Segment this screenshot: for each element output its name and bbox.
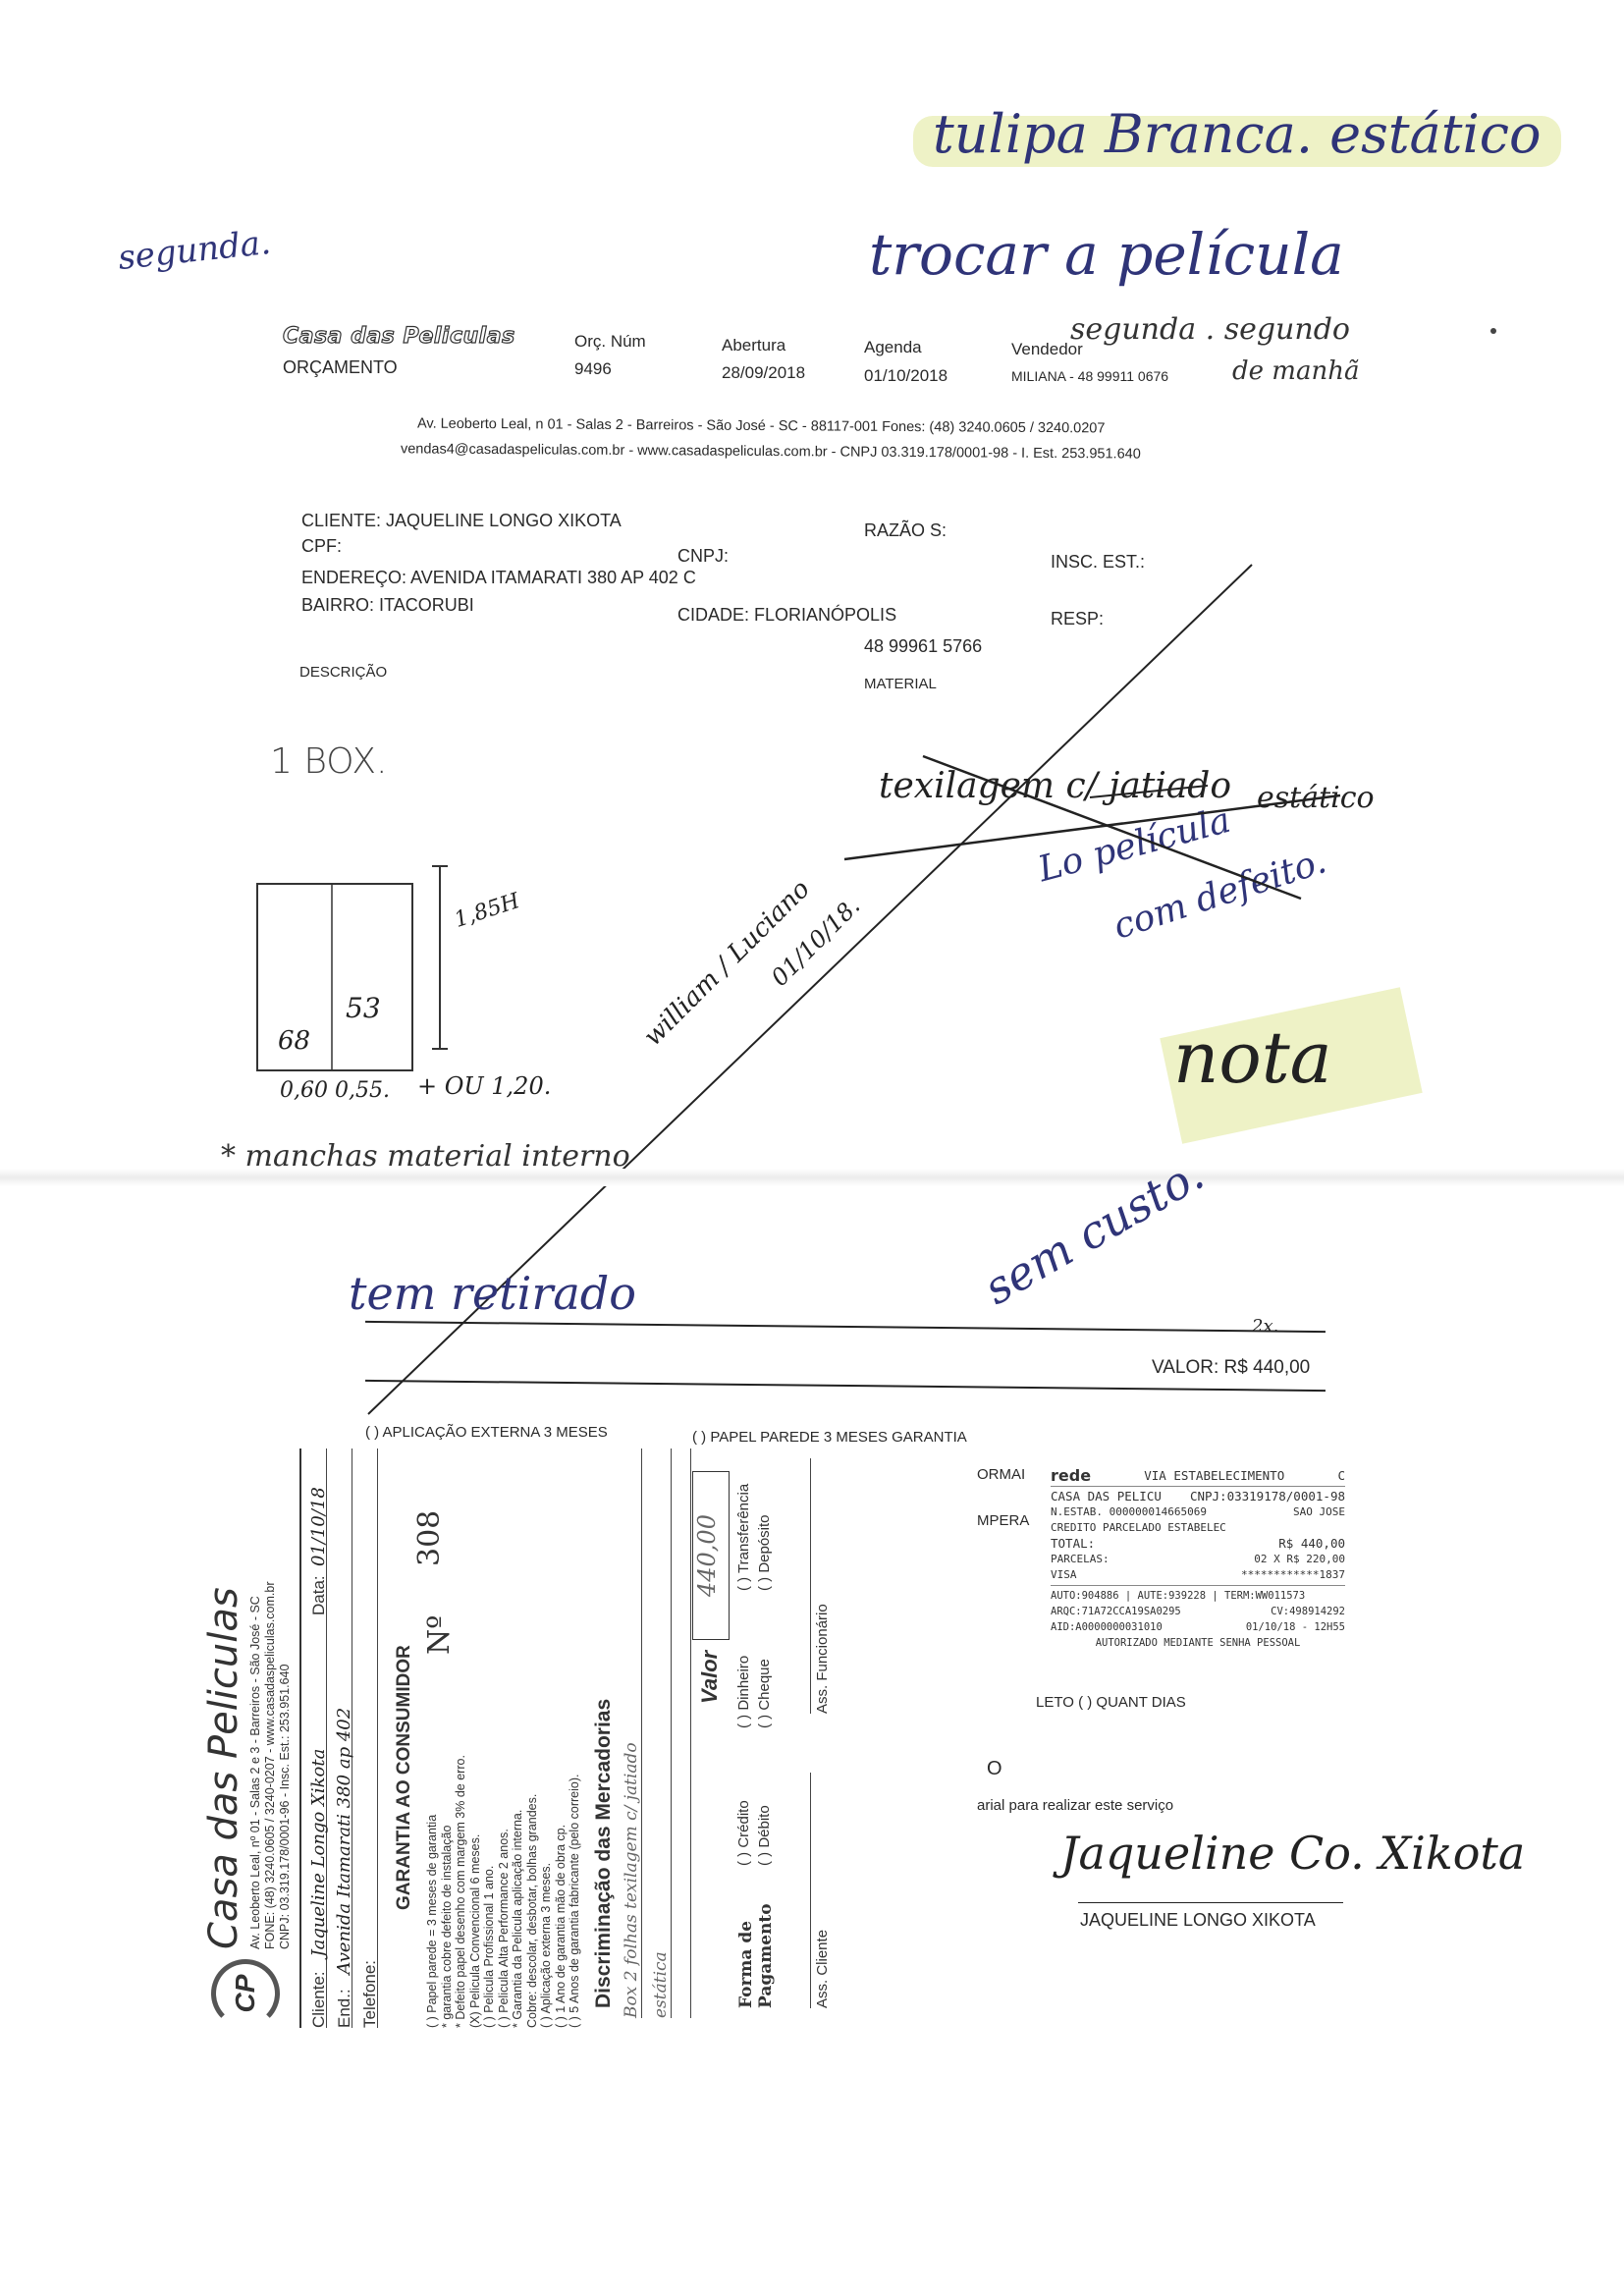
receipt-header: rede VIA ESTABELECIMENTO C <box>1051 1468 1345 1484</box>
pay-cheque[interactable]: ( ) Cheque <box>757 1591 772 1728</box>
pay-dinheiro[interactable]: ( ) Dinheiro <box>736 1591 751 1728</box>
pay-deposito[interactable]: ( ) Depósito <box>757 1453 772 1591</box>
receipt-arqc: ARQC:71A72CCA19SA0295 <box>1051 1604 1181 1619</box>
note-2x: 2x. <box>1252 1316 1278 1337</box>
receipt-via: VIA ESTABELECIMENTO <box>1144 1468 1284 1484</box>
warranty-no-label: Nº <box>422 1615 457 1655</box>
warranty-item: Cobre: descolar, desbotar, bolhas grande… <box>525 1655 540 2028</box>
warranty-end-row: End.: Avenida Itamarati 380 ap 402 <box>337 1449 352 2028</box>
option-aplicacao-externa[interactable]: ( ) APLICAÇÃO EXTERNA 3 MESES <box>365 1424 608 1441</box>
cp-logo-text: CP <box>230 1975 261 2013</box>
option-papel-parede[interactable]: ( ) PAPEL PAREDE 3 MESES GARANTIA <box>692 1429 967 1446</box>
receipt-merchant: CASA DAS PELICU <box>1051 1489 1162 1504</box>
warranty-item: ( ) Papel parede = 3 meses de garantia <box>425 1655 440 2028</box>
receipt-total-label: TOTAL: <box>1051 1536 1095 1552</box>
warranty-addr-1: Av. Leoberto Leal, nº 01 - Salas 2 e 3 -… <box>248 1582 263 1950</box>
warranty-number: 308 <box>412 1510 447 1566</box>
discrim-title: Discriminação das Mercadorias <box>592 1699 616 2008</box>
warranty-end-label: End.: <box>335 1989 353 2028</box>
discrim-line-3 <box>690 1449 691 2018</box>
warranty-addr-3: CNPJ: 03.319.178/0001-96 - Insc. Est.: 2… <box>278 1582 293 1950</box>
receipt-parcelas-label: PARCELAS: <box>1051 1552 1110 1567</box>
warranty-item: * Garantia da Pelicula aplicação interna… <box>511 1655 525 2028</box>
ass-cliente: Ass. Cliente <box>810 1773 830 2008</box>
receipt-city: SAO JOSE <box>1293 1504 1345 1520</box>
warranty-item: ( ) 1 Ano de garantia mão de obra cp. <box>554 1655 568 2028</box>
receipt-aid: AID:A0000000031010 <box>1051 1619 1163 1635</box>
discrim-line-1: Box 2 folhas texilagem c/ jatiado <box>622 1449 642 2018</box>
warranty-data-value: 01/10/18 <box>311 1487 326 1566</box>
pay-options: ( ) Crédito ( ) Dinheiro ( ) Transferênc… <box>736 1453 772 1866</box>
warranty-items: ( ) Papel parede = 3 meses de garantia *… <box>425 1655 582 2028</box>
receipt-parcelas-value: 02 X R$ 220,00 <box>1254 1552 1345 1567</box>
warranty-item: ( ) Pelicula Alta Performance 2 anos. <box>497 1655 512 2028</box>
warranty-cliente-label: Cliente: <box>309 1971 328 2028</box>
valor-total: VALOR: R$ 440,00 <box>1152 1357 1310 1379</box>
receipt-card-number: ************1837 <box>1241 1567 1345 1583</box>
partial-material-text: arial para realizar este serviço <box>977 1797 1173 1814</box>
signature-name: JAQUELINE LONGO XIKOTA <box>1080 1910 1316 1931</box>
fold-crease <box>0 1169 1624 1186</box>
partial-o: O <box>987 1758 1002 1780</box>
receipt-auth: AUTO:904886 | AUTE:939228 | TERM:WW01157… <box>1051 1588 1305 1604</box>
card-receipt: rede VIA ESTABELECIMENTO C CASA DAS PELI… <box>1051 1468 1345 1651</box>
discrim-line-2: estática <box>651 1449 672 2018</box>
signature-line <box>1078 1902 1343 1903</box>
receipt-type: CREDITO PARCELADO ESTABELEC <box>1051 1520 1226 1536</box>
warranty-card: CP Casa das Peliculas Av. Leoberto Leal,… <box>201 1449 987 2028</box>
receipt-datetime: 01/10/18 - 12H55 <box>1246 1619 1345 1635</box>
warranty-divider <box>299 1449 301 2028</box>
receipt-total-value: R$ 440,00 <box>1278 1536 1345 1552</box>
warranty-item: ( ) Aplicação externa 3 meses. <box>539 1655 554 2028</box>
pay-debito[interactable]: ( ) Débito <box>757 1728 772 1866</box>
receipt-card-brand: VISA <box>1051 1567 1077 1583</box>
warranty-cliente-row: Cliente: Jaqueline Longo Xikota Data: 01… <box>311 1449 327 2028</box>
warranty-item: * Defeito papel desenho com margem 3% de… <box>454 1655 468 2028</box>
valor-box: 440,00 <box>692 1471 730 1640</box>
receipt-footer: AUTORIZADO MEDIANTE SENHA PESSOAL <box>1096 1635 1301 1651</box>
warranty-data-label: Data: <box>311 1575 326 1615</box>
warranty-title: GARANTIA AO CONSUMIDOR <box>394 1645 415 1910</box>
warranty-telefone-label: Telefone: <box>360 1960 379 2028</box>
valor-label: Valor <box>697 1651 723 1704</box>
cp-logo-mark: CP <box>211 1959 280 2028</box>
warranty-addr-2: FONE: (48) 3240.0605 / 3240-0207 - www.c… <box>263 1582 278 1950</box>
warranty-address: Av. Leoberto Leal, nº 01 - Salas 2 e 3 -… <box>248 1582 293 1950</box>
warranty-item: (X) Pelicula Convencional 6 meses. <box>468 1655 483 2028</box>
pay-credito[interactable]: ( ) Crédito <box>736 1728 751 1866</box>
receipt-via-code: C <box>1337 1468 1345 1484</box>
warranty-item: * garantia cobre defeito de instalação <box>440 1655 455 2028</box>
forma-pagamento-label: Forma de Pagamento <box>736 1881 776 2008</box>
rede-logo: rede <box>1051 1468 1091 1484</box>
warranty-item: ( ) Pelicula Profissional 1 ano. <box>482 1655 497 2028</box>
warranty-telefone-row: Telefone: <box>362 1449 378 2028</box>
note-nota: nota <box>1173 1016 1332 1099</box>
warranty-end-value: Avenida Itamarati 380 ap 402 <box>334 1708 354 1975</box>
receipt-cnpj: CNPJ:03319178/0001-98 <box>1190 1489 1345 1504</box>
warranty-logo: Casa das Peliculas <box>201 1587 246 1949</box>
warranty-item: ( ) 5 Anos de garantia fabricante (pelo … <box>568 1655 582 2028</box>
ass-funcionario: Ass. Funcionário <box>810 1458 830 1714</box>
receipt-cv: CV:498914292 <box>1271 1604 1345 1619</box>
warranty-cliente-value: Jaqueline Longo Xikota <box>308 1749 329 1957</box>
client-signature: Jaqueline Co. Xikota <box>1060 1827 1525 1880</box>
pay-transferencia[interactable]: ( ) Transferência <box>736 1453 751 1591</box>
partial-boleto: LETO ( ) QUANT DIAS <box>1036 1694 1186 1711</box>
receipt-estab: N.ESTAB. 000000014665069 <box>1051 1504 1207 1520</box>
note-tem-retirado: tem retirado <box>349 1267 636 1320</box>
